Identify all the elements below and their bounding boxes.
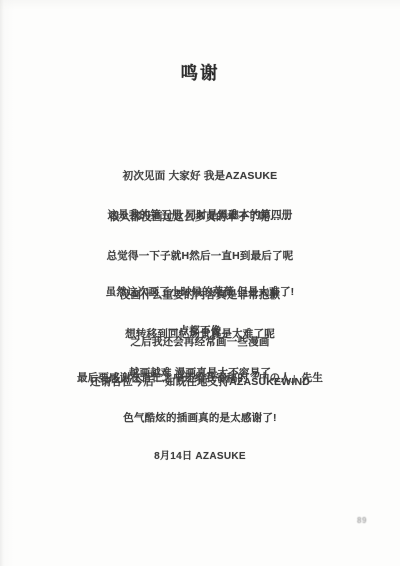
paragraph-line: 最后要感谢在百忙之中还给我寄稿的「中の人」先生 — [0, 370, 400, 386]
paragraph-line: 虽然这次画了小时候的莱薇 但是太难了! — [0, 285, 400, 300]
paragraph-thanks: 最后要感谢在百忙之中还给我寄稿的「中の人」先生 色气酷炫的插画真的是太感谢了! — [0, 346, 400, 450]
acknowledgments-title: 鸣谢 — [0, 60, 400, 85]
page-number: 89 — [357, 516, 367, 525]
paragraph-line: 初次见面 大家好 我是AZASUKE — [0, 169, 400, 184]
date-signature: 8月14日 AZASUKE — [0, 447, 400, 462]
paragraph-line: 色气酷炫的插画真的是太感谢了! — [0, 410, 400, 426]
paragraph-line: 很久都没画过这么多页的本子了呢…… — [0, 210, 400, 225]
scanned-document-page: 鸣谢 初次见面 大家好 我是AZASUKE 这是我的第五册 同时是黑礁本的第四册… — [0, 0, 400, 566]
